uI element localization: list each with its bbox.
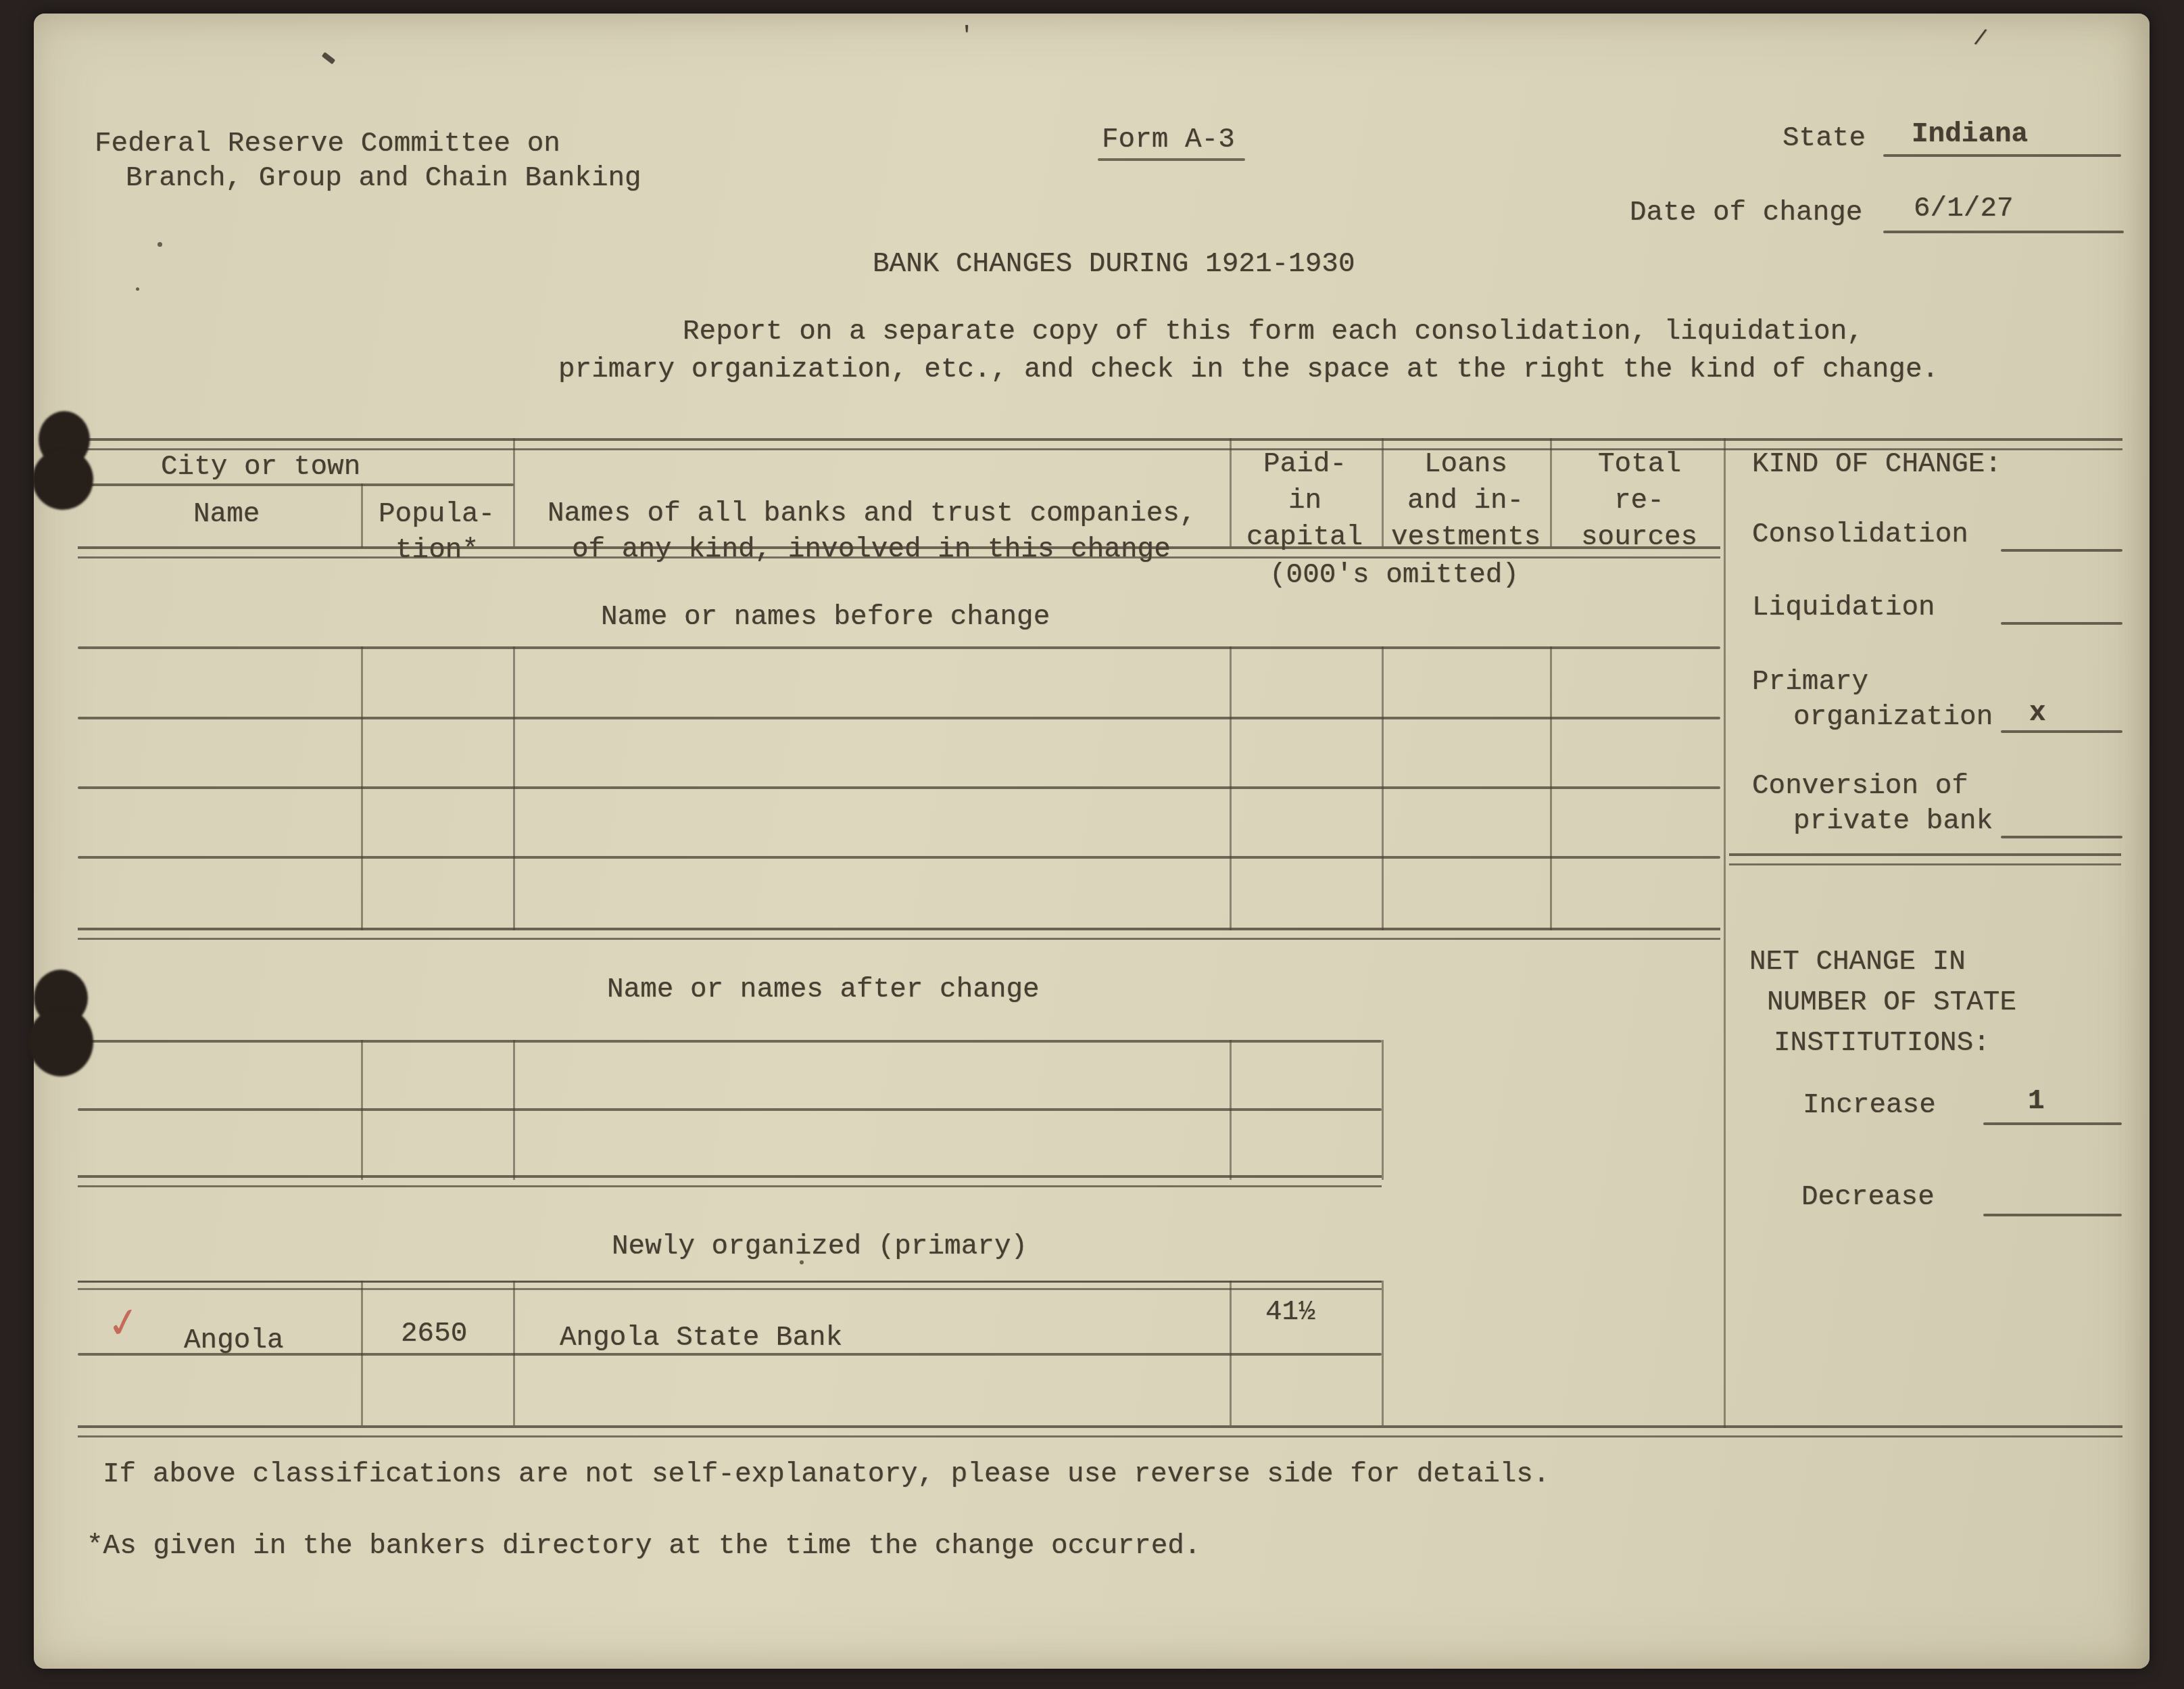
table-header-bottom-border bbox=[78, 546, 1720, 558]
consolidation-blank-line bbox=[2001, 549, 2122, 552]
column-divider bbox=[1550, 646, 1552, 930]
after-table-bottom-border bbox=[78, 1175, 1382, 1187]
row-line bbox=[78, 646, 1720, 649]
row-line bbox=[78, 856, 1720, 859]
committee-name-line2: Branch, Group and Chain Banking bbox=[126, 163, 641, 195]
form-title: BANK CHANGES DURING 1921-1930 bbox=[873, 249, 1355, 281]
state-label: State bbox=[1782, 123, 1866, 155]
primary-organization-check-value: x bbox=[2029, 698, 2046, 730]
col-header-loans-line1: Loans bbox=[1424, 449, 1507, 481]
date-of-change-label: Date of change bbox=[1630, 197, 1862, 229]
after-table-top-border bbox=[78, 1040, 1382, 1043]
paper-speck bbox=[157, 242, 162, 247]
col-header-population-line1: Popula- bbox=[379, 499, 495, 531]
section-label-before-change: Name or names before change bbox=[601, 602, 1050, 634]
column-divider bbox=[361, 646, 363, 930]
paper-speck bbox=[800, 1260, 804, 1264]
punch-hole bbox=[28, 1007, 93, 1076]
committee-name-line1: Federal Reserve Committee on bbox=[95, 128, 560, 160]
date-blank-line bbox=[1883, 231, 2124, 233]
col-header-total-line1: Total bbox=[1598, 449, 1681, 481]
conversion-blank-line bbox=[2001, 836, 2122, 838]
decrease-blank-line bbox=[1983, 1214, 2122, 1216]
newly-table-top-border bbox=[78, 1281, 1382, 1290]
section-label-after-change: Name or names after change bbox=[607, 974, 1040, 1006]
column-divider bbox=[1230, 438, 1232, 546]
increase-label: Increase bbox=[1803, 1090, 1936, 1122]
col-header-loans-line2: and in- bbox=[1407, 485, 1524, 517]
liquidation-label: Liquidation bbox=[1752, 592, 1935, 624]
scanned-form-page: Federal Reserve Committee on Branch, Gro… bbox=[0, 0, 2184, 1689]
row-line bbox=[78, 717, 1720, 719]
form-bottom-border bbox=[78, 1425, 2122, 1437]
instructions-line2: primary organization, etc., and check in… bbox=[558, 354, 1939, 386]
footer-note-directory: *As given in the bankers directory at th… bbox=[87, 1531, 1200, 1563]
row-line bbox=[78, 1108, 1382, 1111]
decrease-label: Decrease bbox=[1801, 1182, 1935, 1214]
before-table-bottom-border bbox=[78, 928, 1720, 940]
column-divider bbox=[1382, 1040, 1384, 1180]
date-of-change-value: 6/1/27 bbox=[1914, 193, 2014, 225]
primary-organization-blank-line bbox=[2001, 730, 2122, 733]
column-divider bbox=[1230, 1040, 1232, 1180]
conversion-label-line1: Conversion of bbox=[1752, 771, 1968, 803]
column-divider bbox=[361, 1040, 363, 1180]
column-divider bbox=[361, 1281, 363, 1425]
col-header-banks-line1: Names of all banks and trust companies, bbox=[548, 498, 1196, 530]
column-divider bbox=[1230, 1281, 1232, 1425]
entry-city-value: Angola bbox=[184, 1325, 284, 1357]
consolidation-label: Consolidation bbox=[1752, 519, 1968, 551]
entry-population-value: 2650 bbox=[401, 1318, 467, 1350]
kind-panel-bottom-border bbox=[1729, 853, 2121, 865]
primary-organization-label-line2: organization bbox=[1793, 702, 1993, 734]
panel-divider bbox=[1724, 438, 1726, 1428]
net-change-heading-line1: NET CHANGE IN bbox=[1749, 947, 1966, 978]
instructions-line1: Report on a separate copy of this form e… bbox=[683, 316, 1864, 348]
city-or-town-subdivider bbox=[78, 483, 514, 486]
column-divider bbox=[1230, 646, 1232, 930]
column-divider bbox=[513, 1281, 515, 1425]
increase-blank-line bbox=[1983, 1122, 2122, 1125]
liquidation-blank-line bbox=[2001, 622, 2122, 625]
col-header-total-line2: re- bbox=[1614, 485, 1664, 517]
row-line bbox=[78, 786, 1720, 789]
footer-note-classifications: If above classifications are not self-ex… bbox=[103, 1459, 1550, 1491]
stray-mark: ' bbox=[960, 23, 973, 49]
state-blank-line bbox=[1883, 154, 2121, 157]
thousands-omitted-note: (000's omitted) bbox=[1269, 560, 1519, 592]
increase-value: 1 bbox=[2028, 1086, 2045, 1118]
paper-speck bbox=[136, 287, 139, 291]
column-divider bbox=[1382, 438, 1384, 546]
column-divider bbox=[513, 438, 515, 546]
net-change-heading-line2: NUMBER OF STATE bbox=[1767, 987, 2016, 1019]
kind-of-change-heading: KIND OF CHANGE: bbox=[1752, 449, 2001, 481]
section-label-newly-organized: Newly organized (primary) bbox=[612, 1231, 1027, 1263]
state-value: Indiana bbox=[1912, 119, 2028, 151]
col-header-paid-line2: in bbox=[1288, 485, 1321, 517]
entry-paid-in-capital-value: 41½ bbox=[1265, 1297, 1315, 1329]
col-header-name: Name bbox=[193, 499, 260, 531]
entry-bank-name-value: Angola State Bank bbox=[560, 1323, 842, 1354]
column-divider bbox=[1550, 438, 1552, 546]
column-divider bbox=[361, 483, 363, 548]
primary-organization-label-line1: Primary bbox=[1752, 667, 1868, 698]
column-divider bbox=[1382, 1281, 1384, 1425]
column-divider bbox=[1382, 646, 1384, 930]
net-change-heading-line3: INSTITUTIONS: bbox=[1774, 1028, 1990, 1060]
col-header-paid-line1: Paid- bbox=[1263, 449, 1346, 481]
conversion-label-line2: private bank bbox=[1793, 806, 1993, 838]
col-header-city-or-town: City or town bbox=[161, 452, 360, 483]
form-number-underline bbox=[1098, 158, 1245, 161]
punch-hole bbox=[32, 449, 93, 510]
column-divider bbox=[513, 1040, 515, 1180]
column-divider bbox=[513, 646, 515, 930]
form-number: Form A-3 bbox=[1102, 124, 1235, 156]
